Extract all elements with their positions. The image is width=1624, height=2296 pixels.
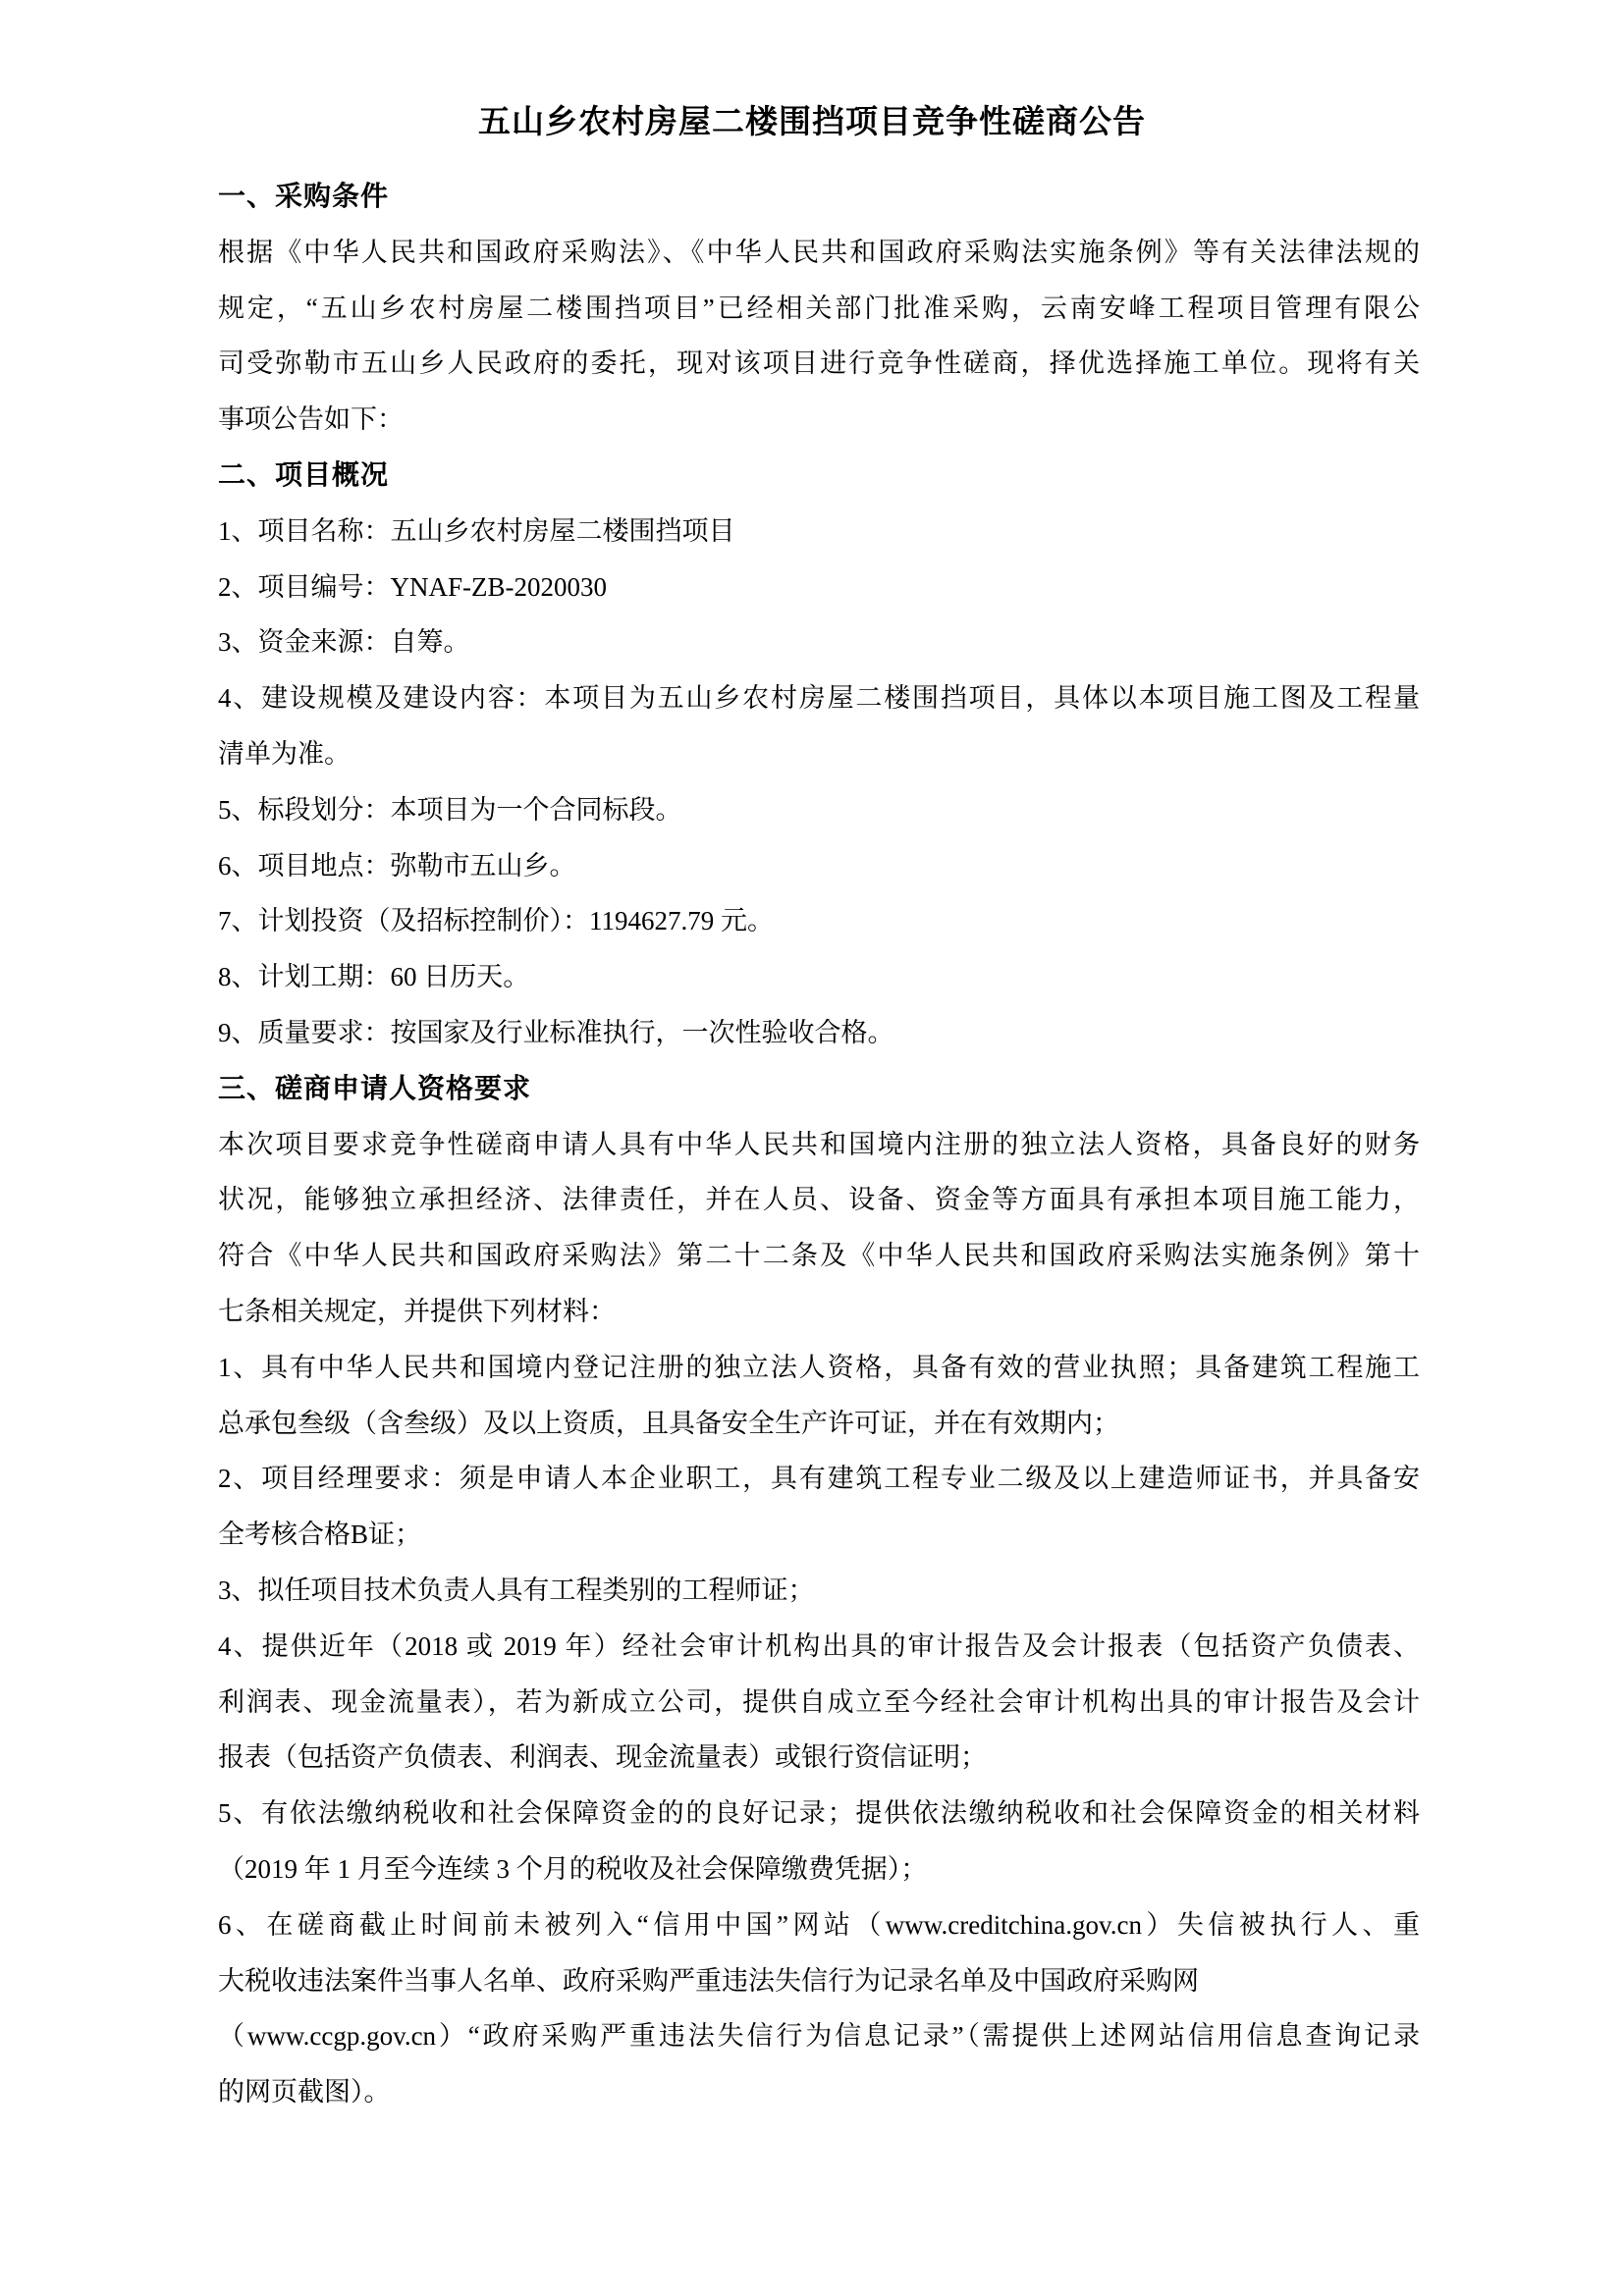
document-line: 5、有依法缴纳税收和社会保障资金的的良好记录；提供依法缴纳税收和社会保障资金的相…: [218, 1786, 1420, 1842]
section-heading: 三、磋商申请人资格要求: [218, 1061, 1420, 1117]
document-title: 五山乡农村房屋二楼围挡项目竞争性磋商公告: [0, 96, 1624, 142]
document-line: 规定，“五山乡农村房屋二楼围挡项目”已经相关部门批准采购，云南安峰工程项目管理有…: [218, 281, 1420, 337]
document-line: 根据《中华人民共和国政府采购法》、《中华人民共和国政府采购法实施条例》等有关法律…: [218, 225, 1420, 281]
document-line: 4、建设规模及建设内容：本项目为五山乡农村房屋二楼围挡项目，具体以本项目施工图及…: [218, 670, 1420, 726]
document-line: 大税收违法案件当事人名单、政府采购严重违法失信行为记录名单及中国政府采购网: [218, 1953, 1420, 2009]
document-line: 总承包叁级（含叁级）及以上资质，且具备安全生产许可证，并在有效期内；: [218, 1396, 1420, 1452]
document-line: 报表（包括资产负债表、利润表、现金流量表）或银行资信证明；: [218, 1730, 1420, 1786]
document-line: 符合《中华人民共和国政府采购法》第二十二条及《中华人民共和国政府采购法实施条例》…: [218, 1228, 1420, 1284]
document-line: 6、项目地点：弥勒市五山乡。: [218, 838, 1420, 894]
document-line: 2、项目经理要求：须是申请人本企业职工，具有建筑工程专业二级及以上建造师证书，并…: [218, 1451, 1420, 1507]
document-line: 事项公告如下：: [218, 392, 1420, 448]
document-line: 4、提供近年（2018 或 2019 年）经社会审计机构出具的审计报告及会计报表…: [218, 1619, 1420, 1675]
document-line: 状况，能够独立承担经济、法律责任，并在人员、设备、资金等方面具有承担本项目施工能…: [218, 1172, 1420, 1228]
document-line: 9、质量要求：按国家及行业标准执行，一次性验收合格。: [218, 1005, 1420, 1061]
document-line: （www.ccgp.gov.cn）“政府采购严重违法失信行为信息记录”（需提供上…: [218, 2008, 1420, 2064]
document-line: 1、项目名称：五山乡农村房屋二楼围挡项目: [218, 504, 1420, 560]
section-heading: 一、采购条件: [218, 169, 1420, 225]
document-line: 1、具有中华人民共和国境内登记注册的独立法人资格，具备有效的营业执照；具备建筑工…: [218, 1340, 1420, 1396]
document-line: 利润表、现金流量表），若为新成立公司，提供自成立至今经社会审计机构出具的审计报告…: [218, 1675, 1420, 1731]
document-line: 3、拟任项目技术负责人具有工程类别的工程师证；: [218, 1563, 1420, 1619]
document-line: 的网页截图）。: [218, 2064, 1420, 2120]
document-line: 7、计划投资（及招标控制价）：1194627.79 元。: [218, 893, 1420, 949]
document-page: 五山乡农村房屋二楼围挡项目竞争性磋商公告 一、采购条件根据《中华人民共和国政府采…: [0, 0, 1624, 2296]
document-line: 司受弥勒市五山乡人民政府的委托，现对该项目进行竞争性磋商，择优选择施工单位。现将…: [218, 336, 1420, 392]
document-line: 清单为准。: [218, 726, 1420, 782]
document-line: 本次项目要求竞争性磋商申请人具有中华人民共和国境内注册的独立法人资格，具备良好的…: [218, 1117, 1420, 1173]
document-line: 3、资金来源：自筹。: [218, 614, 1420, 670]
document-line: 5、标段划分：本项目为一个合同标段。: [218, 782, 1420, 838]
document-line: 2、项目编号：YNAF-ZB-2020030: [218, 560, 1420, 615]
document-line: （2019 年 1 月至今连续 3 个月的税收及社会保障缴费凭据）；: [218, 1842, 1420, 1897]
section-heading: 二、项目概况: [218, 448, 1420, 504]
document-line: 8、计划工期：60 日历天。: [218, 949, 1420, 1005]
document-body: 一、采购条件根据《中华人民共和国政府采购法》、《中华人民共和国政府采购法实施条例…: [218, 169, 1420, 2120]
document-line: 七条相关规定，并提供下列材料：: [218, 1284, 1420, 1340]
document-line: 全考核合格B证；: [218, 1507, 1420, 1563]
document-line: 6、在磋商截止时间前未被列入“信用中国”网站（www.creditchina.g…: [218, 1897, 1420, 1953]
